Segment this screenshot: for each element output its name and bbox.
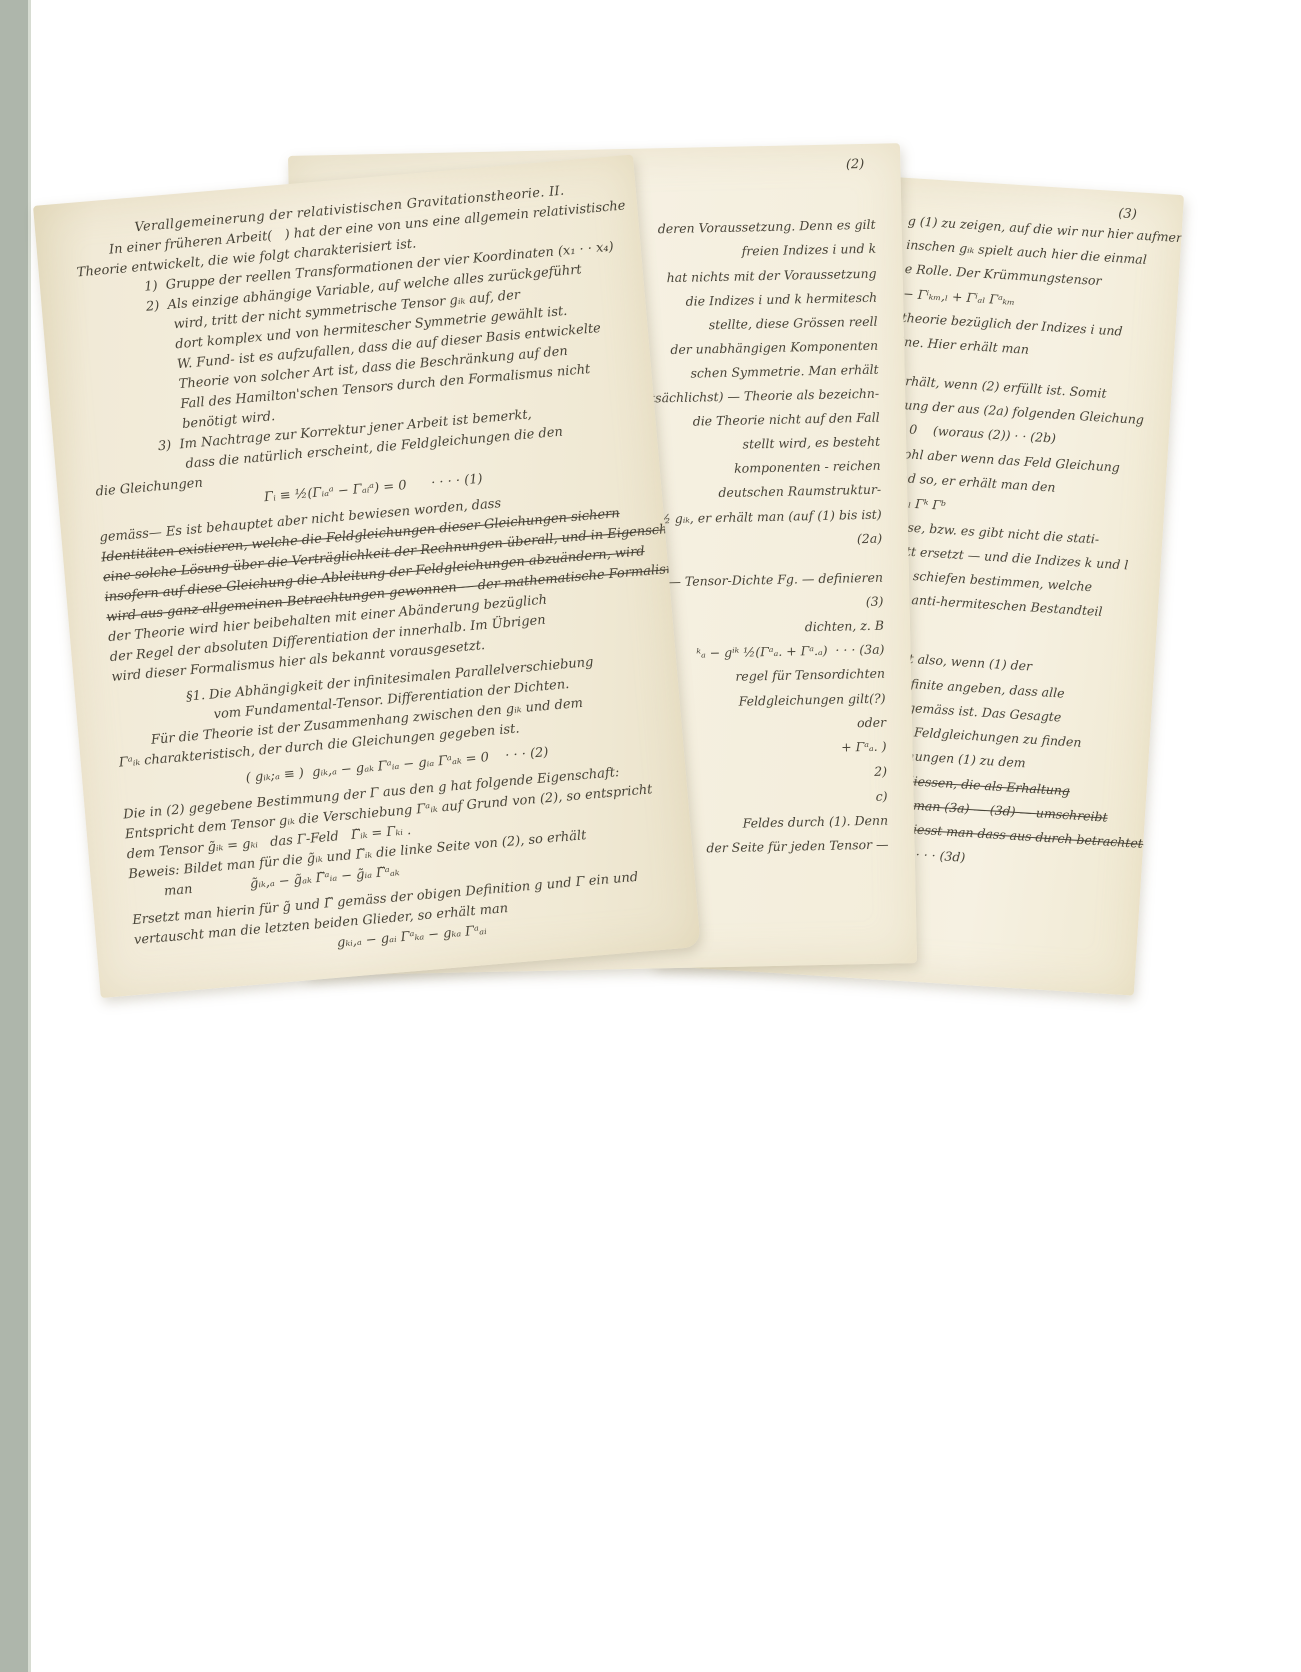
handwritten-line: ine. Hier erhält man: [900, 335, 1166, 365]
manuscript-page-1: Verallgemeinerung der relativistischen G…: [33, 155, 701, 999]
handwritten-line: Gleichungen (1) zu dem: [874, 747, 1140, 777]
handwritten-line: ≡ 0 (woraus (2)) · · (2b): [894, 422, 1160, 452]
photo-canvas: (3) g (1) zu zeigen, auf die wir nur hie…: [0, 0, 1301, 1672]
handwritten-line: den anti-hermiteschen Bestandteil: [884, 591, 1150, 621]
left-accent-bar: [0, 0, 31, 1672]
handwritten-text-block: Verallgemeinerung der relativistischen G…: [33, 155, 698, 972]
handwritten-line: e Rolle. Der Krümmungstensor: [904, 262, 1170, 292]
handwritten-line: wirkt also, wenn (1) der: [880, 650, 1146, 680]
handwritten-line: und so, er erhält man den: [891, 470, 1157, 500]
